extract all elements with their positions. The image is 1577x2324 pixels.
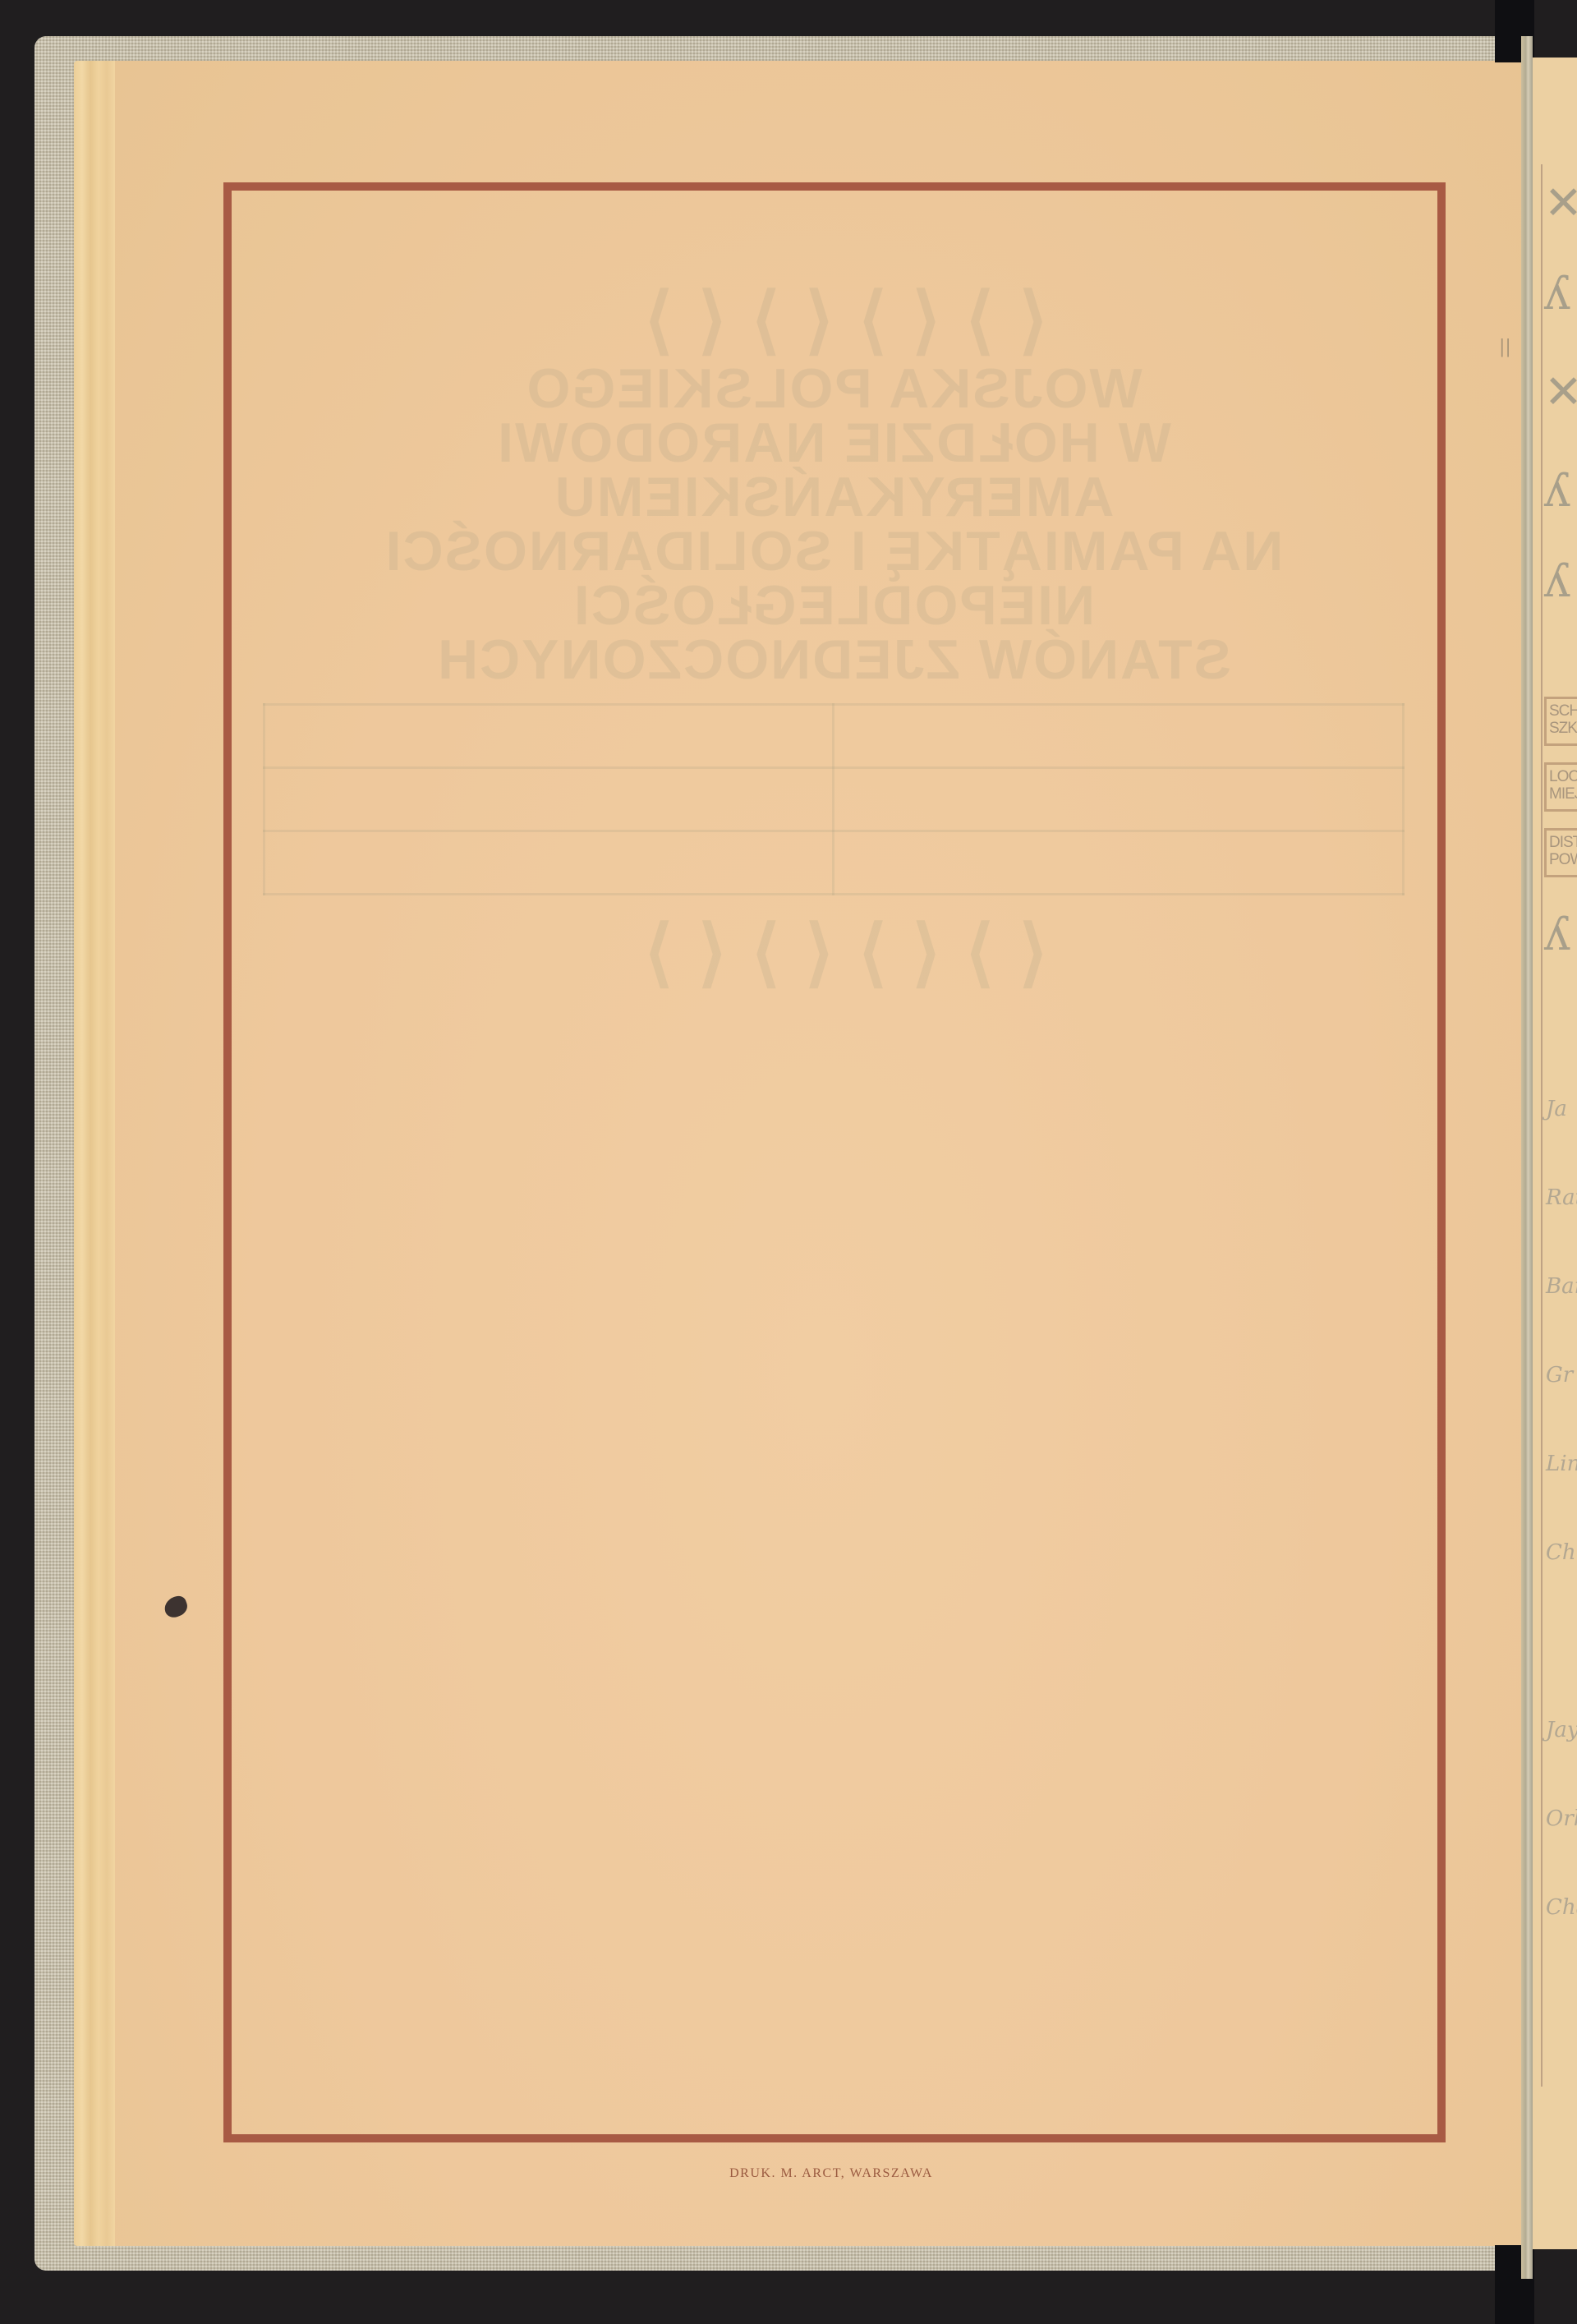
show-through-heading-line: W HOŁDZIE NARODOWI: [263, 416, 1405, 470]
facing-label-school: SCHO SZKO: [1544, 697, 1577, 746]
facing-ornament-icon: ✕: [1544, 181, 1577, 227]
show-through-heading-line: NIEPODLEGŁOŚCI: [263, 578, 1405, 633]
printer-imprint: DRUK. M. ARCT, WARSZAWA: [0, 2166, 1577, 2181]
show-through-ornament: ⟨⟩⟨⟩⟨⟩⟨⟩: [263, 912, 1405, 994]
show-through-heading-line: STANÓW ZJEDNOCZONYCH: [263, 633, 1405, 687]
facing-label-location: LOCA MIEJ: [1544, 762, 1577, 812]
show-through-heading-line: AMERYKAŃSKIEMU: [263, 470, 1405, 524]
facing-ornament-icon: ʎ: [1544, 559, 1570, 605]
show-through-heading-line: WOJSKA POLSKIEGO: [263, 361, 1405, 416]
show-through-ornament: ⟨⟩⟨⟩⟨⟩⟨⟩: [263, 279, 1405, 361]
facing-ornament-icon: ʎ: [1544, 468, 1570, 514]
show-through-reverse-print: ⟨⟩⟨⟩⟨⟩⟨⟩ WOJSKA POLSKIEGO W HOŁDZIE NARO…: [263, 279, 1405, 994]
facing-label-district: DISTR POW: [1544, 828, 1577, 877]
facing-page-strip: ✕ ʎ ✕ ʎ ʎ SCHO SZKO LOCA MIEJ DISTR POW …: [1533, 58, 1577, 2249]
facing-ornament-icon: ʎ: [1544, 271, 1570, 317]
show-through-table: [263, 703, 1405, 895]
facing-ornament-icon: ✕: [1544, 370, 1577, 416]
pencil-mark: ||: [1499, 337, 1511, 357]
book-gutter: [1521, 36, 1533, 2279]
facing-frame-line: [1541, 164, 1543, 2087]
facing-ornament-icon: ʎ: [1544, 912, 1570, 958]
show-through-heading-line: NA PAMIĄTKĘ I SOLIDARNOŚCI: [263, 524, 1405, 578]
facing-handwriting: Ja Rath Barg Gr Lin Ch Jay Orh Cha: [1546, 1035, 1577, 1981]
